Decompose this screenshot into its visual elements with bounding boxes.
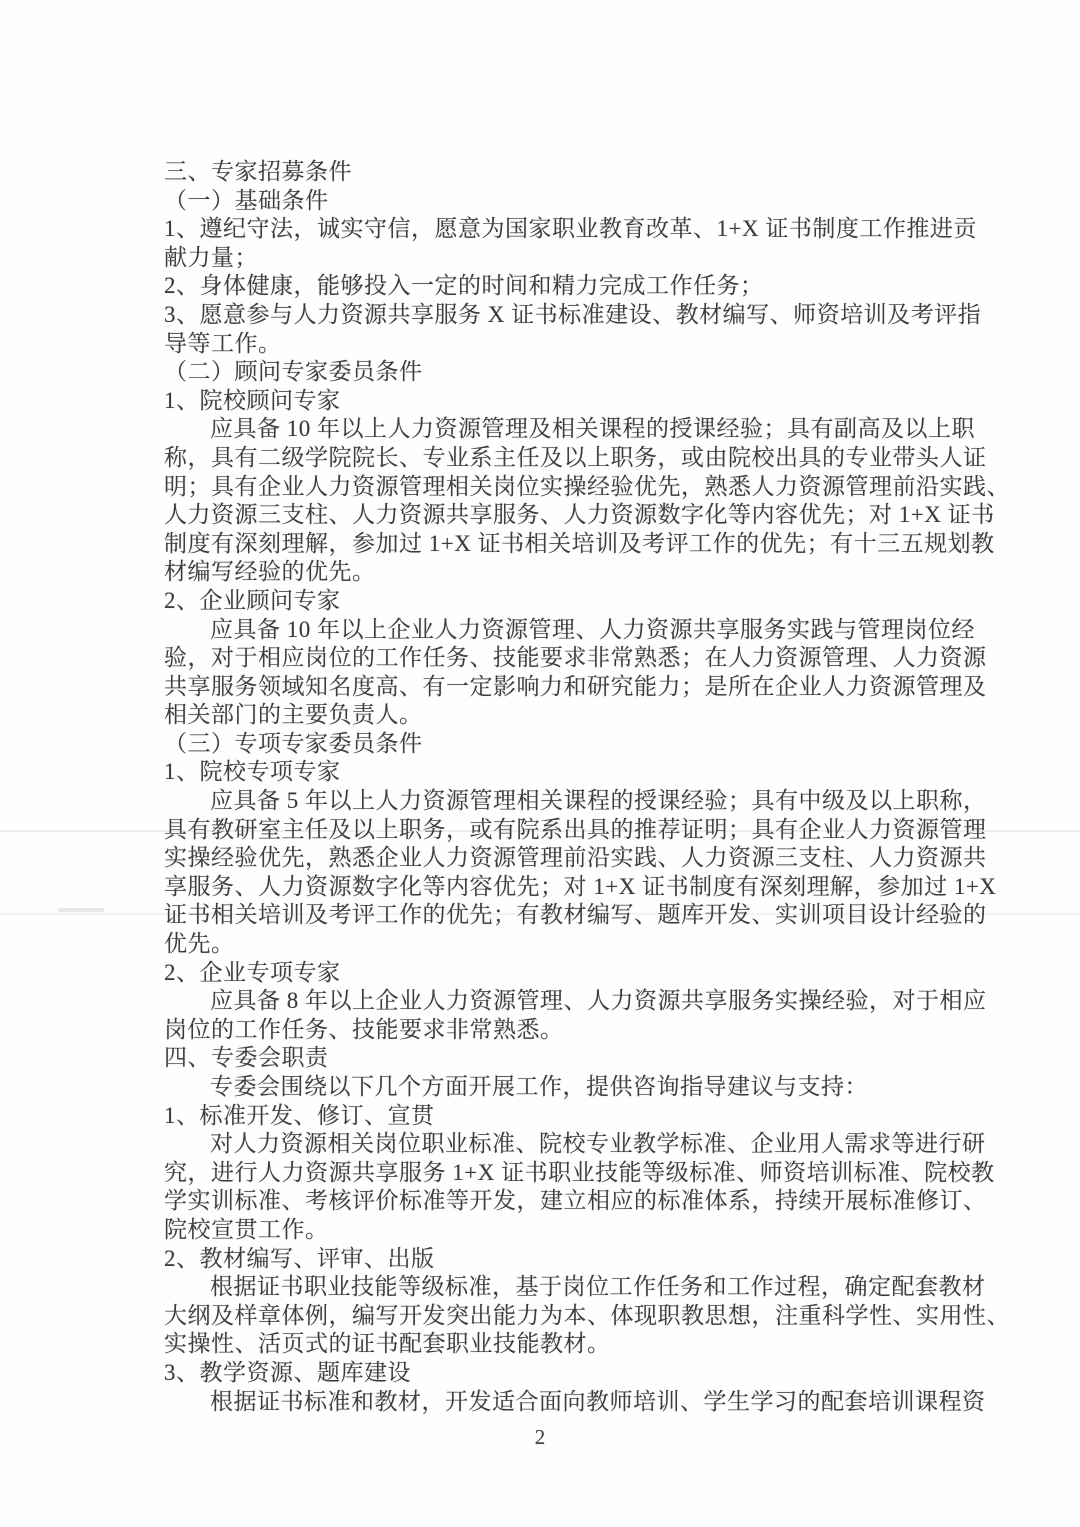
text-line: 优先。 [164, 930, 924, 959]
paragraph-first-line: 应具备 10 年以上企业人力资源管理、人力资源共享服务实践与管理岗位经 [164, 616, 924, 645]
paragraph-first-line: 应具备 5 年以上人力资源管理相关课程的授课经验；具有中级及以上职称， [164, 787, 924, 816]
text-line: 学实训标准、考核评价标准等开发，建立相应的标准体系，持续开展标准修订、 [164, 1187, 924, 1216]
list-item: 1、院校顾问专家 [164, 387, 924, 416]
list-item: 1、院校专项专家 [164, 758, 924, 787]
text-line: 献力量； [164, 244, 924, 273]
list-item: 2、企业专项专家 [164, 959, 924, 988]
scan-smudge-artifact [58, 908, 104, 912]
text-line: 称，具有二级学院院长、专业系主任及以上职务，或由院校出具的专业带头人证 [164, 444, 924, 473]
section-heading: 三、专家招募条件 [164, 158, 924, 187]
text-line: 人力资源三支柱、人力资源共享服务、人力资源数字化等内容优先；对 1+X 证书 [164, 501, 924, 530]
scanned-document-page: 三、专家招募条件 （一）基础条件 1、遵纪守法，诚实守信，愿意为国家职业教育改革… [0, 0, 1080, 1527]
paragraph-first-line: 专委会围绕以下几个方面开展工作，提供咨询指导建议与支持： [164, 1073, 924, 1102]
list-item: 2、身体健康，能够投入一定的时间和精力完成工作任务； [164, 272, 924, 301]
section-heading: 四、专委会职责 [164, 1044, 924, 1073]
text-line: 院校宣贯工作。 [164, 1216, 924, 1245]
text-line: 材编写经验的优先。 [164, 558, 924, 587]
page-number: 2 [0, 1424, 1080, 1450]
text-line: 究，进行人力资源共享服务 1+X 证书职业技能等级标准、师资培训标准、院校教 [164, 1159, 924, 1188]
list-item: 2、企业顾问专家 [164, 587, 924, 616]
paragraph-first-line: 对人力资源相关岗位职业标准、院校专业教学标准、企业用人需求等进行研 [164, 1130, 924, 1159]
document-body: 三、专家招募条件 （一）基础条件 1、遵纪守法，诚实守信，愿意为国家职业教育改革… [164, 158, 924, 1416]
text-line: 导等工作。 [164, 330, 924, 359]
text-line: 实操经验优先，熟悉企业人力资源管理前沿实践、人力资源三支柱、人力资源共 [164, 844, 924, 873]
text-line: 实操性、活页式的证书配套职业技能教材。 [164, 1330, 924, 1359]
list-item: 1、标准开发、修订、宣贯 [164, 1102, 924, 1131]
list-item: 2、教材编写、评审、出版 [164, 1245, 924, 1274]
text-line: 验，对于相应岗位的工作任务、技能要求非常熟悉；在人力资源管理、人力资源 [164, 644, 924, 673]
subsection-heading: （二）顾问专家委员条件 [164, 358, 924, 387]
text-line: 相关部门的主要负责人。 [164, 701, 924, 730]
subsection-heading: （三）专项专家委员条件 [164, 730, 924, 759]
paragraph-first-line: 根据证书职业技能等级标准，基于岗位工作任务和工作过程，确定配套教材 [164, 1273, 924, 1302]
text-line: 证书相关培训及考评工作的优先；有教材编写、题库开发、实训项目设计经验的 [164, 901, 924, 930]
subsection-heading: （一）基础条件 [164, 187, 924, 216]
text-line: 大纲及样章体例，编写开发突出能力为本、体现职教思想，注重科学性、实用性、 [164, 1302, 924, 1331]
list-item: 3、愿意参与人力资源共享服务 X 证书标准建设、教材编写、师资培训及考评指 [164, 301, 924, 330]
paragraph-first-line: 应具备 10 年以上人力资源管理及相关课程的授课经验；具有副高及以上职 [164, 415, 924, 444]
text-line: 明；具有企业人力资源管理相关岗位实操经验优先，熟悉人力资源管理前沿实践、 [164, 473, 924, 502]
list-item: 1、遵纪守法，诚实守信，愿意为国家职业教育改革、1+X 证书制度工作推进贡 [164, 215, 924, 244]
text-line: 共享服务领域知名度高、有一定影响力和研究能力；是所在企业人力资源管理及 [164, 673, 924, 702]
text-line: 岗位的工作任务、技能要求非常熟悉。 [164, 1016, 924, 1045]
text-line: 具有教研室主任及以上职务，或有院系出具的推荐证明；具有企业人力资源管理 [164, 816, 924, 845]
paragraph-first-line: 应具备 8 年以上企业人力资源管理、人力资源共享服务实操经验，对于相应 [164, 987, 924, 1016]
text-line: 制度有深刻理解，参加过 1+X 证书相关培训及考评工作的优先；有十三五规划教 [164, 530, 924, 559]
text-line: 享服务、人力资源数字化等内容优先；对 1+X 证书制度有深刻理解，参加过 1+X [164, 873, 924, 902]
list-item: 3、教学资源、题库建设 [164, 1359, 924, 1388]
paragraph-first-line: 根据证书标准和教材，开发适合面向教师培训、学生学习的配套培训课程资 [164, 1388, 924, 1417]
